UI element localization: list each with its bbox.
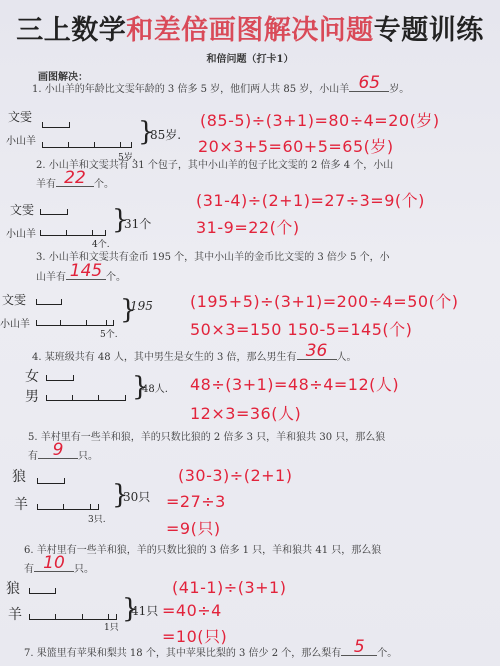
work-1-line-2: 20×3+5=60+5=65(岁) (198, 134, 394, 157)
work-6-line-1: (41-1)÷(3+1) (172, 578, 286, 597)
diagram-extra: 5个. (100, 327, 118, 340)
diagram-total: 31个 (124, 215, 151, 232)
title-prefix: 三上数学 (16, 15, 126, 46)
question-6-line-2: 有10只。 (24, 558, 94, 578)
diagram-label-a: 文雯 (10, 201, 34, 218)
diagram-label-b: 男 (25, 386, 39, 406)
diagram-total: 85岁. (150, 126, 181, 143)
answer-blank[interactable]: 145 (66, 266, 106, 280)
question-text: 羊有 (36, 179, 56, 190)
segment-a (40, 209, 68, 215)
diagram-label-a: 文雯 (2, 291, 26, 308)
work-3-line-2: 50×3=150 150-5=145(个) (190, 317, 412, 340)
answer-blank[interactable]: 22 (56, 173, 94, 187)
segment-b (42, 142, 132, 148)
question-text: 小山羊的年龄比文雯年龄的 3 倍多 5 岁，他们两人共 85 岁，小山羊 (45, 84, 350, 95)
question-number: 1. (32, 84, 42, 95)
question-text: 小山羊和文雯共有 31 个包子，其中小山羊的包子比文雯的 2 倍多 4 个，小山 (49, 160, 394, 171)
question-unit: 个。 (94, 179, 114, 190)
segment-a (36, 299, 62, 305)
title-suffix: 专题训练 (374, 15, 484, 46)
question-unit: 只。 (78, 451, 98, 462)
answer-value: 145 (66, 263, 106, 280)
question-text: 羊村里有一些羊和狼，羊的只数比狼的 3 倍多 1 只，羊和狼共 41 只，那么狼 (37, 545, 382, 556)
answer-value: 10 (34, 555, 74, 572)
tick (82, 614, 83, 619)
question-5-line-2: 有9只。 (28, 445, 98, 465)
segment-a (42, 122, 70, 128)
diagram-label-b: 小山羊 (6, 225, 36, 240)
question-unit: 个。 (106, 272, 126, 283)
tick (68, 142, 69, 147)
diagram-1: 文雯 小山羊 5岁. } 85岁. (0, 100, 190, 165)
question-6: 6. 羊村里有一些羊和狼，羊的只数比狼的 3 倍多 1 只，羊和狼共 41 只，… (24, 543, 381, 559)
question-number: 2. (36, 160, 46, 171)
work-4-line-1: 48÷(3+1)=48÷4=12(人) (190, 372, 399, 395)
tick (55, 614, 56, 619)
question-unit: 岁。 (389, 84, 409, 95)
diagram-label-a: 狼 (12, 466, 26, 486)
answer-blank[interactable]: 36 (297, 346, 337, 360)
segment-a (46, 375, 74, 381)
question-unit: 人。 (337, 352, 357, 363)
question-number: 3. (36, 252, 46, 263)
question-text: 有 (24, 564, 34, 575)
work-2-line-2: 31-9=22(个) (196, 215, 300, 238)
segment-b (46, 395, 126, 401)
answer-blank[interactable]: 5 (341, 642, 377, 656)
tick (94, 142, 95, 147)
question-2-line-2: 羊有22个。 (36, 173, 114, 193)
question-3-line-2: 山羊有145个。 (36, 266, 126, 286)
tick (66, 230, 67, 235)
answer-blank[interactable]: 9 (38, 445, 78, 459)
tick (90, 504, 91, 509)
question-number: 5. (28, 432, 38, 443)
diagram-2: 文雯 小山羊 4个. } 31个 (0, 195, 190, 255)
tick (86, 320, 87, 325)
diagram-label-a: 狼 (6, 578, 20, 598)
work-1-line-1: (85-5)÷(3+1)=80÷4=20(岁) (200, 108, 440, 131)
diagram-total: 30只 (123, 488, 150, 505)
answer-value: 65 (349, 75, 389, 92)
diagram-label-b: 羊 (14, 494, 28, 514)
work-3-line-1: (195+5)÷(3+1)=200÷4=50(个) (190, 289, 459, 312)
question-number: 6. (24, 545, 34, 556)
tick (72, 395, 73, 400)
diagram-total: 41只 (131, 602, 158, 619)
answer-value: 36 (297, 343, 337, 360)
work-4-line-2: 12×3=36(人) (190, 401, 301, 424)
question-7: 7. 果篮里有苹果和梨共 18 个，其中苹果比梨的 3 倍少 2 个，那么梨有5… (24, 642, 397, 662)
answer-value: 22 (56, 170, 94, 187)
diagram-extra: 1只 (104, 620, 119, 633)
tick (120, 142, 121, 147)
diagram-label-b: 小山羊 (0, 315, 30, 330)
segment-b (40, 230, 106, 236)
question-5: 5. 羊村里有一些羊和狼，羊的只数比狼的 2 倍多 3 只，羊和狼共 30 只，… (28, 430, 385, 446)
diagram-5: 狼 羊 3只. } 30只 (0, 464, 190, 526)
diagram-extra: 3只. (88, 512, 106, 525)
answer-value: 5 (341, 639, 377, 656)
segment-a (29, 588, 56, 594)
tick (63, 504, 64, 509)
tick (92, 230, 93, 235)
title-highlight: 和差倍画图解决问题 (126, 15, 374, 46)
diagram-3: 文雯 小山羊 5个. } 195 (0, 285, 190, 350)
question-1: 1. 小山羊的年龄比文雯年龄的 3 倍多 5 岁，他们两人共 85 岁，小山羊6… (32, 78, 409, 98)
diagram-label-a: 文雯 (8, 108, 32, 125)
tick (106, 320, 107, 325)
worksheet-title: 三上数学和差倍画图解决问题专题训练 (0, 8, 500, 47)
work-5-line-3: =9(只) (166, 516, 221, 539)
answer-value: 9 (38, 442, 78, 459)
work-6-line-2: =40÷4 (162, 601, 222, 620)
diagram-extra: 4个. (92, 237, 110, 250)
tick (60, 320, 61, 325)
tick (98, 395, 99, 400)
question-text: 果篮里有苹果和梨共 18 个，其中苹果比梨的 3 倍少 2 个，那么梨有 (37, 648, 342, 659)
question-text: 山羊有 (36, 272, 66, 283)
question-text: 羊村里有一些羊和狼，羊的只数比狼的 2 倍多 3 只，羊和狼共 30 只，那么狼 (41, 432, 386, 443)
question-unit: 只。 (74, 564, 94, 575)
diagram-4: 女 男 } 48人. (0, 362, 190, 412)
answer-blank[interactable]: 10 (34, 558, 74, 572)
diagram-total: 195 (130, 299, 153, 313)
answer-blank[interactable]: 65 (349, 78, 389, 92)
segment-b (36, 320, 114, 326)
question-unit: 个。 (377, 648, 397, 659)
diagram-label-a: 女 (25, 366, 39, 386)
worksheet-subtitle: 和倍问题（打卡1） (0, 50, 500, 65)
diagram-label-b: 羊 (8, 604, 22, 624)
segment-a (37, 478, 65, 484)
work-5-line-2: =27÷3 (166, 492, 226, 511)
work-5-line-1: (30-3)÷(2+1) (178, 466, 292, 485)
tick (108, 614, 109, 619)
question-text: 有 (28, 451, 38, 462)
question-number: 7. (24, 648, 34, 659)
diagram-total: 48人. (142, 380, 168, 395)
diagram-label-b: 小山羊 (6, 132, 36, 147)
work-2-line-1: (31-4)÷(2+1)=27÷3=9(个) (196, 188, 425, 211)
